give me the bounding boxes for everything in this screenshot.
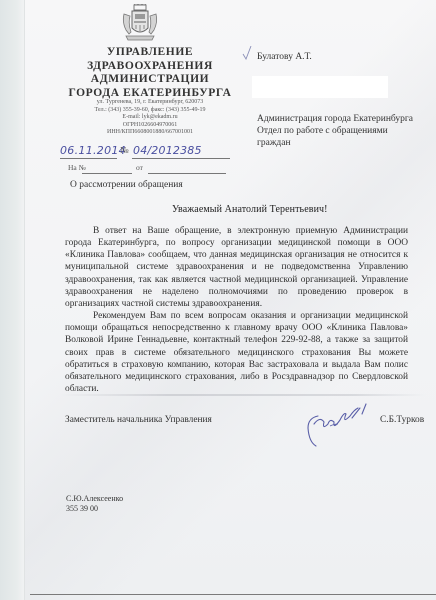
greeting: Уважаемый Анатолий Терентьевич! bbox=[172, 204, 328, 215]
executor-info: С.Ю.Алексеенко 355 39 00 bbox=[66, 494, 123, 513]
number-underline bbox=[132, 158, 230, 159]
scan-edge bbox=[0, 0, 25, 600]
copy-recipient-line: Администрация города Екатеринбурга bbox=[257, 113, 413, 125]
number-symbol: № bbox=[120, 145, 129, 155]
executor-name: С.Ю.Алексеенко bbox=[66, 494, 123, 504]
ref-number-blank bbox=[82, 173, 132, 174]
ref-date-blank bbox=[148, 173, 226, 174]
scan-bottom-edge bbox=[30, 594, 436, 595]
body-paragraph: Рекомендуем Вам по всем вопросам оказани… bbox=[65, 310, 408, 395]
org-contacts: ул. Тургенева, 19, г. Екатеринбург, 6200… bbox=[62, 99, 238, 137]
date-underline bbox=[60, 158, 117, 159]
registration-date-number: 06.11.2014 № 04/2012385 bbox=[60, 144, 230, 160]
signer-name: С.Б.Турков bbox=[380, 415, 424, 425]
copy-recipient-line: граждан bbox=[257, 137, 413, 149]
handwritten-signature-icon bbox=[300, 402, 375, 450]
letter-subject: О рассмотрении обращения bbox=[70, 180, 183, 190]
copy-recipient-line: Отдел по работе с обращениями bbox=[257, 125, 413, 137]
coat-of-arms-icon bbox=[120, 4, 160, 42]
org-line: ГОРОДА ЕКАТЕРИНБУРГА bbox=[62, 87, 238, 101]
org-inn-kpp: ИНН/КПП6608001880/667001001 bbox=[62, 129, 238, 137]
addressee-name: Булатову А.Т. bbox=[257, 52, 312, 62]
organization-name: УПРАВЛЕНИЕ ЗДРАВООХРАНЕНИЯ АДМИНИСТРАЦИИ… bbox=[62, 46, 238, 100]
letter-number: 04/2012385 bbox=[133, 144, 202, 157]
scanned-letter-page: УПРАВЛЕНИЕ ЗДРАВООХРАНЕНИЯ АДМИНИСТРАЦИИ… bbox=[0, 0, 436, 600]
org-phone-fax: Тел.: (343) 355-39-60, факс: (343) 355-4… bbox=[62, 107, 238, 115]
checkmark-icon bbox=[242, 46, 252, 60]
redacted-area bbox=[252, 76, 388, 98]
org-line: ЗДРАВООХРАНЕНИЯ bbox=[62, 60, 238, 74]
executor-phone: 355 39 00 bbox=[66, 504, 123, 514]
letter-body: В ответ на Ваше обращение, в электронную… bbox=[65, 225, 408, 395]
signer-position: Заместитель начальника Управления bbox=[65, 415, 212, 425]
org-line: АДМИНИСТРАЦИИ bbox=[62, 73, 238, 87]
org-ogrn: ОГРН1026604970061 bbox=[62, 122, 238, 130]
ref-number-label: На № bbox=[68, 163, 86, 172]
reference-line: На № от bbox=[68, 163, 228, 177]
org-address: ул. Тургенева, 19, г. Екатеринбург, 6200… bbox=[62, 99, 238, 107]
ref-from-label: от bbox=[136, 163, 143, 172]
letter-date: 06.11.2014 bbox=[60, 144, 126, 157]
copy-recipient: Администрация города Екатеринбурга Отдел… bbox=[257, 113, 413, 149]
body-paragraph: В ответ на Ваше обращение, в электронную… bbox=[65, 225, 408, 310]
org-email: E-mail: lyk@ekadm.ru bbox=[62, 114, 238, 122]
org-line: УПРАВЛЕНИЕ bbox=[62, 46, 238, 60]
